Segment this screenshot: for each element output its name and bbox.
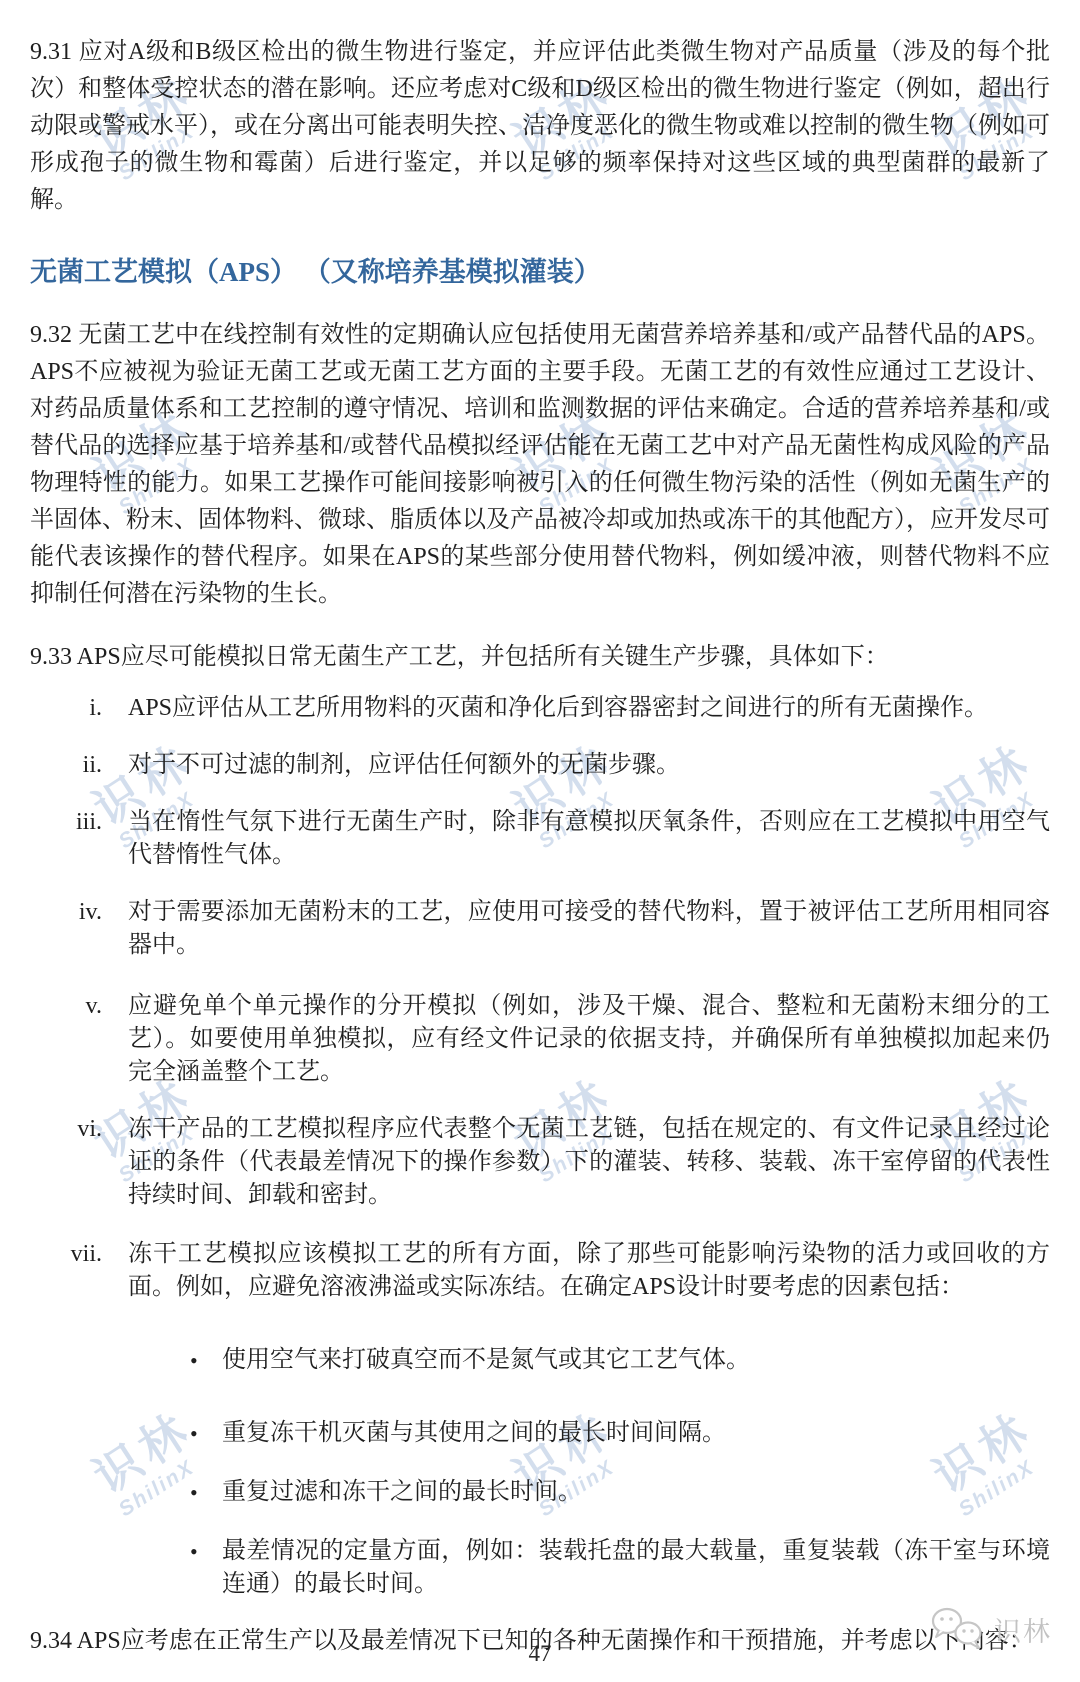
- bullet-list: • 使用空气来打破真空而不是氮气或其它工艺气体。 • 重复冻干机灭菌与其使用之间…: [30, 1344, 1050, 1601]
- bullet-icon: •: [190, 1476, 208, 1509]
- document-page: 识林ShilinX识林ShilinX识林ShilinX识林ShilinX识林Sh…: [0, 0, 1080, 1682]
- roman-list: i. APS应评估从工艺所用物料的灭菌和净化后到容器密封之间进行的所有无菌操作。…: [30, 692, 1050, 1304]
- paragraph-9-33: 9.33 APS应尽可能模拟日常无菌生产工艺，并包括所有关键生产步骤，具体如下：: [30, 639, 1050, 676]
- paragraph-9-31: 9.31 应对A级和B级区检出的微生物进行鉴定，并应评估此类微生物对产品质量（涉…: [30, 34, 1050, 219]
- list-item-text: 冻干工艺模拟应该模拟工艺的所有方面，除了那些可能影响污染物的活力或回收的方面。例…: [128, 1238, 1050, 1304]
- list-item-iv: iv. 对于需要添加无菌粉末的工艺，应使用可接受的替代物料，置于被评估工艺所用相…: [30, 896, 1050, 962]
- list-marker: vi.: [30, 1113, 102, 1212]
- list-marker: i.: [30, 692, 102, 725]
- section-heading: 无菌工艺模拟（APS） （又称培养基模拟灌装）: [30, 255, 1050, 289]
- list-item-vi: vi. 冻干产品的工艺模拟程序应代表整个无菌工艺链，包括在规定的、有文件记录且经…: [30, 1113, 1050, 1212]
- brand-logo: 识林: [930, 1606, 1052, 1652]
- brand-logo-text: 识林: [994, 1610, 1052, 1649]
- list-marker: ii.: [30, 749, 102, 782]
- list-item-ii: ii. 对于不可过滤的制剂，应评估任何额外的无菌步骤。: [30, 749, 1050, 782]
- list-marker: v.: [30, 990, 102, 1089]
- page-content: 9.31 应对A级和B级区检出的微生物进行鉴定，并应评估此类微生物对产品质量（涉…: [0, 0, 1080, 1660]
- list-item-iii: iii. 当在惰性气氛下进行无菌生产时，除非有意模拟厌氧条件，否则应在工艺模拟中…: [30, 806, 1050, 872]
- list-marker: iv.: [30, 896, 102, 962]
- list-item-vii: vii. 冻干工艺模拟应该模拟工艺的所有方面，除了那些可能影响污染物的活力或回收…: [30, 1238, 1050, 1304]
- bullet-item-text: 重复冻干机灭菌与其使用之间的最长时间间隔。: [222, 1417, 1050, 1450]
- bullet-item-text: 最差情况的定量方面，例如：装载托盘的最大载量，重复装载（冻干室与环境连通）的最长…: [222, 1535, 1050, 1601]
- bullet-icon: •: [190, 1535, 208, 1601]
- list-marker: iii.: [30, 806, 102, 872]
- list-item-text: 当在惰性气氛下进行无菌生产时，除非有意模拟厌氧条件，否则应在工艺模拟中用空气代替…: [128, 806, 1050, 872]
- list-item-text: 对于需要添加无菌粉末的工艺，应使用可接受的替代物料，置于被评估工艺所用相同容器中…: [128, 896, 1050, 962]
- bullet-item-2: • 重复冻干机灭菌与其使用之间的最长时间间隔。: [30, 1417, 1050, 1450]
- list-item-text: 应避免单个单元操作的分开模拟（例如，涉及干燥、混合、整粒和无菌粉末细分的工艺）。…: [128, 990, 1050, 1089]
- list-item-i: i. APS应评估从工艺所用物料的灭菌和净化后到容器密封之间进行的所有无菌操作。: [30, 692, 1050, 725]
- bullet-item-text: 使用空气来打破真空而不是氮气或其它工艺气体。: [222, 1344, 1050, 1377]
- bullet-icon: •: [190, 1344, 208, 1377]
- list-marker: vii.: [30, 1238, 102, 1304]
- bullet-item-text: 重复过滤和冻干之间的最长时间。: [222, 1476, 1050, 1509]
- bullet-item-3: • 重复过滤和冻干之间的最长时间。: [30, 1476, 1050, 1509]
- list-item-text: 对于不可过滤的制剂，应评估任何额外的无菌步骤。: [128, 749, 1050, 782]
- page-number: 47: [0, 1641, 1080, 1667]
- bullet-item-1: • 使用空气来打破真空而不是氮气或其它工艺气体。: [30, 1344, 1050, 1377]
- paragraph-9-32: 9.32 无菌工艺中在线控制有效性的定期确认应包括使用无菌营养培养基和/或产品替…: [30, 317, 1050, 613]
- bullet-icon: •: [190, 1417, 208, 1450]
- list-item-v: v. 应避免单个单元操作的分开模拟（例如，涉及干燥、混合、整粒和无菌粉末细分的工…: [30, 990, 1050, 1089]
- list-item-text: APS应评估从工艺所用物料的灭菌和净化后到容器密封之间进行的所有无菌操作。: [128, 692, 1050, 725]
- chat-bubbles-icon: [930, 1606, 988, 1652]
- list-item-text: 冻干产品的工艺模拟程序应代表整个无菌工艺链，包括在规定的、有文件记录且经过论证的…: [128, 1113, 1050, 1212]
- bullet-item-4: • 最差情况的定量方面，例如：装载托盘的最大载量，重复装载（冻干室与环境连通）的…: [30, 1535, 1050, 1601]
